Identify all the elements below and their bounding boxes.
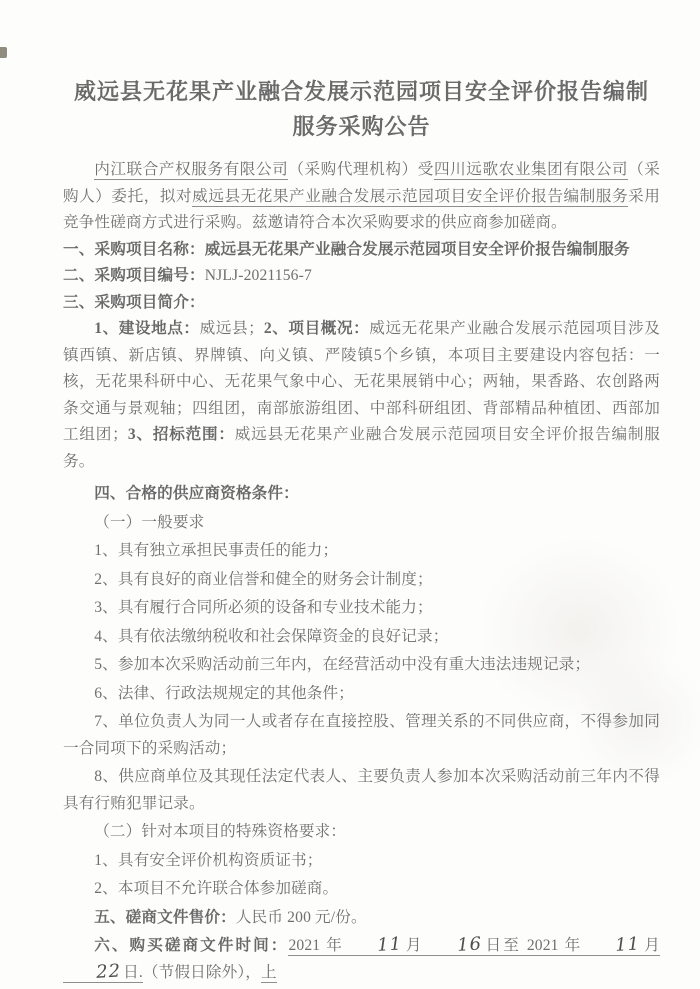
- title-line-2: 服务采购公告: [63, 109, 660, 144]
- project-name-value: 威远县无花果产业融合发展示范园项目安全评价报告编制服务: [205, 241, 630, 258]
- price-value: 人民币 200 元/份。: [236, 909, 367, 926]
- section-project-number: 二、采购项目编号：NJLJ-2021156-7: [63, 263, 660, 290]
- general-requirement-item: 5、参加本次采购活动前三年内，在经营活动中没有重大违法违规记录；: [63, 652, 660, 679]
- holiday-note: （节假日除外），: [143, 964, 261, 981]
- purchaser-name: 四川远歌农业集团有限公司: [434, 161, 628, 180]
- document-title: 威远县无花果产业融合发展示范园项目安全评价报告编制 服务采购公告: [63, 74, 660, 144]
- qualification-heading: 四、合格的供应商资格条件：: [63, 481, 660, 508]
- document-content: 威远县无花果产业融合发展示范园项目安全评价报告编制 服务采购公告 内江联合产权服…: [0, 0, 700, 986]
- profile-value: 威远无花果产业融合发展示范园项目涉及镇西镇、新店镇、界牌镇、向义镇、严陵镇5个乡…: [63, 320, 660, 443]
- special-requirement-item: 2、本项目不允许联合体参加磋商。: [63, 876, 660, 903]
- location-value: 威远县；: [200, 320, 264, 337]
- project-overview-paragraph: 1、建设地点：威远县；2、项目概况：威远无花果产业融合发展示范园项目涉及镇西镇、…: [63, 316, 660, 475]
- special-requirement-item: 1、具有安全评价机构资质证书；: [63, 848, 660, 875]
- project-number-label: 二、采购项目编号：: [63, 267, 205, 284]
- intro-paragraph: 内江联合产权服务有限公司（采购代理机构）受四川远歌农业集团有限公司（采购人）委托…: [63, 157, 660, 237]
- profile-label: 2、项目概况：: [264, 320, 369, 337]
- scope-label: 3、招标范围：: [128, 426, 235, 443]
- special-requirements-heading: （二）针对本项目的特殊资格要求：: [63, 819, 660, 846]
- location-label: 1、建设地点：: [94, 320, 199, 337]
- purchase-time-label: 六、购买磋商文件时间：: [94, 937, 288, 954]
- qualification-heading-text: 四、合格的供应商资格条件：: [94, 485, 299, 502]
- price-label: 五、磋商文件售价：: [94, 909, 236, 926]
- project-name-label: 一、采购项目名称：: [63, 241, 205, 258]
- project-name-underlined: 威远县无花果产业融合发展示范园项目安全评价报告编制服务: [192, 188, 628, 207]
- general-requirement-item: 3、具有履行合同所必须的设备和专业技术能力；: [63, 595, 660, 622]
- general-requirement-item: 7、单位负责人为同一人或者存在直接控股、管理关系的不同供应商，不得参加同一合同项…: [63, 709, 660, 762]
- handwritten-day-start: 16: [423, 935, 484, 956]
- handwritten-day-end: 22: [63, 962, 124, 983]
- date-day-suffix: 日.: [123, 964, 143, 981]
- general-requirement-item: 2、具有良好的商业信誉和健全的财务会计制度；: [63, 567, 660, 594]
- month-unit: 月: [642, 937, 660, 954]
- trailing-char: 上: [261, 964, 277, 983]
- section-project-intro: 三、采购项目简介：: [63, 290, 660, 317]
- document-price-line: 五、磋商文件售价：人民币 200 元/份。: [63, 905, 660, 932]
- project-intro-label: 三、采购项目简介：: [63, 294, 205, 311]
- purchase-time-line: 六、购买磋商文件时间：2021 年11月16日至 2021 年11月22日.（节…: [63, 933, 660, 986]
- month-unit: 月: [404, 937, 424, 954]
- date-to-year-end: 日至 2021 年: [484, 937, 583, 954]
- agency-name: 内江联合产权服务有限公司: [94, 161, 288, 180]
- general-requirement-item: 8、供应商单位及其现任法定代表人、主要负责人参加本次采购活动前三年内不得具有行贿…: [63, 764, 660, 817]
- agency-role-text: （采购代理机构）受: [288, 161, 434, 178]
- title-line-1: 威远县无花果产业融合发展示范园项目安全评价报告编制: [63, 74, 660, 109]
- handwritten-month-end: 11: [582, 935, 643, 956]
- general-requirement-item: 1、具有独立承担民事责任的能力；: [63, 538, 660, 565]
- section-project-name: 一、采购项目名称：威远县无花果产业融合发展示范园项目安全评价报告编制服务: [63, 237, 660, 264]
- general-requirement-item: 6、法律、行政法规规定的其他条件；: [63, 681, 660, 708]
- general-requirements-heading: （一）一般要求: [63, 510, 660, 537]
- general-requirement-item: 4、具有依法缴纳税收和社会保障资金的良好记录；: [63, 624, 660, 651]
- scanned-document-page: 威远县无花果产业融合发展示范园项目安全评价报告编制 服务采购公告 内江联合产权服…: [0, 0, 700, 989]
- date-year-start: 2021 年: [288, 937, 343, 954]
- handwritten-month-start: 11: [343, 935, 404, 956]
- project-number-value: NJLJ-2021156-7: [205, 267, 312, 284]
